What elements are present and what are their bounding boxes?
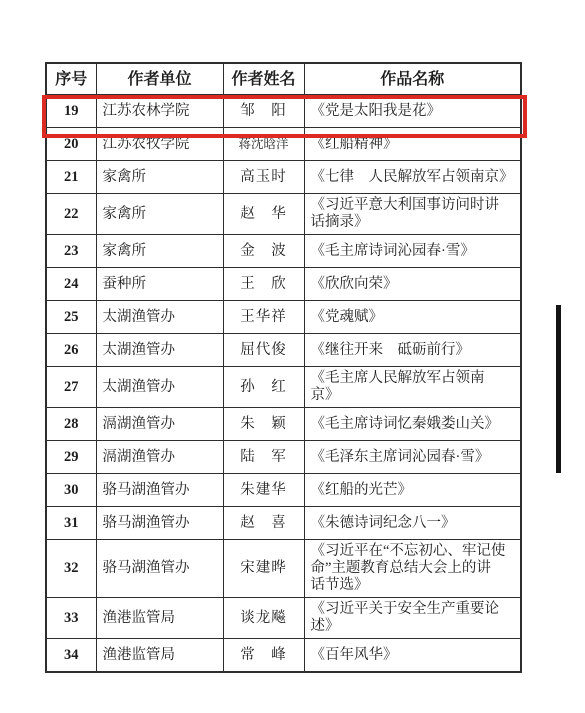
table-row: 33渔港监管局谈龙飚《习近平关于安全生产重要论 述》 — [46, 598, 521, 639]
name-cell: 常 峰 — [223, 639, 304, 673]
table-row: 26太湖渔管办屈代俊《继往开来 砥砺前行》 — [46, 334, 521, 367]
row-number-cell: 27 — [46, 367, 96, 408]
row-number-cell: 24 — [46, 268, 96, 301]
unit-cell: 骆马湖渔管办 — [96, 540, 223, 598]
title-cell: 《习近平关于安全生产重要论 述》 — [304, 598, 521, 639]
name-cell: 高玉时 — [223, 161, 304, 194]
unit-cell: 太湖渔管办 — [96, 301, 223, 334]
name-cell: 金 波 — [223, 235, 304, 268]
title-cell: 《党魂赋》 — [304, 301, 521, 334]
title-cell: 《党是太阳我是花》 — [304, 95, 521, 128]
name-cell: 赵 华 — [223, 194, 304, 235]
header-author-name: 作者姓名 — [223, 63, 304, 95]
title-cell: 《欣欣向荣》 — [304, 268, 521, 301]
table-row: 29滆湖渔管办陆 军《毛泽东主席词沁园春·雪》 — [46, 441, 521, 474]
table-row: 24蚕种所王 欣《欣欣向荣》 — [46, 268, 521, 301]
unit-cell: 太湖渔管办 — [96, 334, 223, 367]
title-cell: 《红船精神》 — [304, 128, 521, 161]
title-cell: 《习近平意大利国事访问时讲 话摘录》 — [304, 194, 521, 235]
table-row: 31骆马湖渔管办赵 喜《朱德诗词纪念八一》 — [46, 507, 521, 540]
unit-cell: 渔港监管局 — [96, 598, 223, 639]
title-cell: 《百年风华》 — [304, 639, 521, 673]
name-cell: 王 欣 — [223, 268, 304, 301]
row-number-cell: 25 — [46, 301, 96, 334]
header-serial-number: 序号 — [46, 63, 96, 95]
table-row: 34渔港监管局常 峰《百年风华》 — [46, 639, 521, 673]
table-row: 25太湖渔管办王华祥《党魂赋》 — [46, 301, 521, 334]
unit-cell: 渔港监管局 — [96, 639, 223, 673]
table-row: 22家禽所赵 华《习近平意大利国事访问时讲 话摘录》 — [46, 194, 521, 235]
unit-cell: 江苏农林学院 — [96, 95, 223, 128]
table-row: 23家禽所金 波《毛主席诗词沁园春·雪》 — [46, 235, 521, 268]
name-cell: 邹 阳 — [223, 95, 304, 128]
name-cell: 宋建晔 — [223, 540, 304, 598]
header-author-unit: 作者单位 — [96, 63, 223, 95]
title-cell: 《七律 人民解放军占领南京》 — [304, 161, 521, 194]
row-number-cell: 19 — [46, 95, 96, 128]
title-cell: 《毛主席人民解放军占领南 京》 — [304, 367, 521, 408]
unit-cell: 骆马湖渔管办 — [96, 507, 223, 540]
table-row: 21家禽所高玉时《七律 人民解放军占领南京》 — [46, 161, 521, 194]
name-cell: 王华祥 — [223, 301, 304, 334]
row-number-cell: 28 — [46, 408, 96, 441]
row-number-cell: 33 — [46, 598, 96, 639]
table-header-row: 序号 作者单位 作者姓名 作品名称 — [46, 63, 521, 95]
unit-cell: 滆湖渔管办 — [96, 441, 223, 474]
title-cell: 《毛主席诗词沁园春·雪》 — [304, 235, 521, 268]
row-number-cell: 31 — [46, 507, 96, 540]
awards-table: 序号 作者单位 作者姓名 作品名称 19江苏农林学院邹 阳《党是太阳我是花》20… — [45, 62, 522, 673]
row-number-cell: 32 — [46, 540, 96, 598]
name-cell: 陆 军 — [223, 441, 304, 474]
table-row: 28滆湖渔管办朱 颖《毛主席诗词忆秦娥娄山关》 — [46, 408, 521, 441]
row-number-cell: 23 — [46, 235, 96, 268]
name-cell: 屈代俊 — [223, 334, 304, 367]
name-cell: 谈龙飚 — [223, 598, 304, 639]
table-row: 27太湖渔管办孙 红《毛主席人民解放军占领南 京》 — [46, 367, 521, 408]
title-cell: 《毛主席诗词忆秦娥娄山关》 — [304, 408, 521, 441]
name-cell: 朱建华 — [223, 474, 304, 507]
unit-cell: 骆马湖渔管办 — [96, 474, 223, 507]
document-page: 序号 作者单位 作者姓名 作品名称 19江苏农林学院邹 阳《党是太阳我是花》20… — [0, 0, 585, 713]
row-number-cell: 34 — [46, 639, 96, 673]
table-row: 20江苏农牧学院蒋沈晗洋《红船精神》 — [46, 128, 521, 161]
unit-cell: 家禽所 — [96, 194, 223, 235]
unit-cell: 蚕种所 — [96, 268, 223, 301]
title-cell: 《毛泽东主席词沁园春·雪》 — [304, 441, 521, 474]
header-work-title: 作品名称 — [304, 63, 521, 95]
row-number-cell: 20 — [46, 128, 96, 161]
name-cell: 孙 红 — [223, 367, 304, 408]
row-number-cell: 22 — [46, 194, 96, 235]
title-cell: 《朱德诗词纪念八一》 — [304, 507, 521, 540]
title-cell: 《继往开来 砥砺前行》 — [304, 334, 521, 367]
name-cell: 蒋沈晗洋 — [223, 128, 304, 161]
unit-cell: 滆湖渔管办 — [96, 408, 223, 441]
table-row: 30骆马湖渔管办朱建华《红船的光芒》 — [46, 474, 521, 507]
unit-cell: 江苏农牧学院 — [96, 128, 223, 161]
title-cell: 《习近平在“不忘初心、牢记使 命”主题教育总结大会上的讲 话节选》 — [304, 540, 521, 598]
row-number-cell: 29 — [46, 441, 96, 474]
name-cell: 朱 颖 — [223, 408, 304, 441]
row-number-cell: 26 — [46, 334, 96, 367]
row-number-cell: 21 — [46, 161, 96, 194]
row-number-cell: 30 — [46, 474, 96, 507]
unit-cell: 家禽所 — [96, 161, 223, 194]
title-cell: 《红船的光芒》 — [304, 474, 521, 507]
right-edge-bar — [556, 305, 561, 473]
table-row: 32骆马湖渔管办宋建晔《习近平在“不忘初心、牢记使 命”主题教育总结大会上的讲 … — [46, 540, 521, 598]
unit-cell: 太湖渔管办 — [96, 367, 223, 408]
name-cell: 赵 喜 — [223, 507, 304, 540]
unit-cell: 家禽所 — [96, 235, 223, 268]
table-row-highlighted: 19江苏农林学院邹 阳《党是太阳我是花》 — [46, 95, 521, 128]
